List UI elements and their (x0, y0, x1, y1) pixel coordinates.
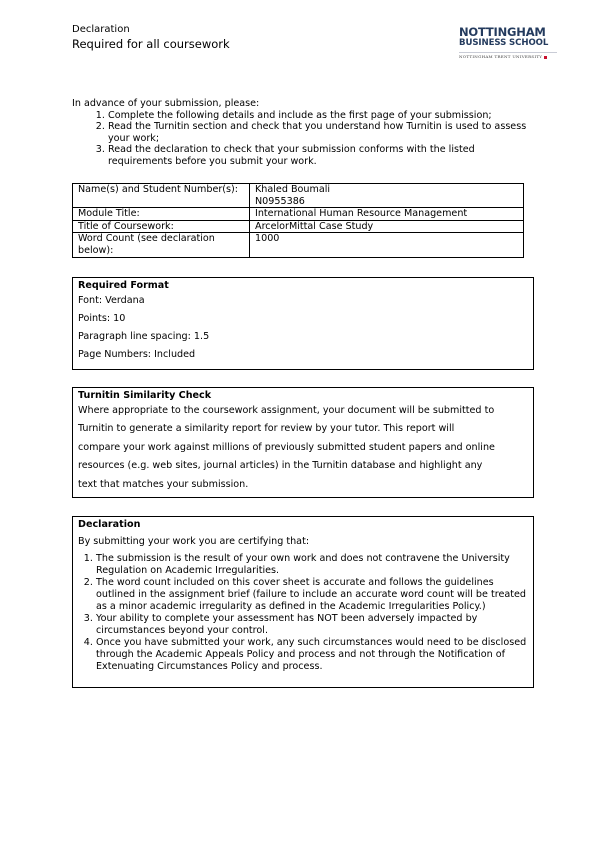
student-number: N0955386 (255, 196, 518, 208)
format-item: Font: Verdana (78, 292, 528, 310)
logo-square-icon (544, 56, 547, 59)
turnitin-box: Turnitin Similarity Check Where appropri… (72, 387, 534, 498)
logo-divider (459, 52, 557, 53)
table-row: Module Title: International Human Resour… (73, 208, 524, 221)
format-item: Paragraph line spacing: 1.5 (78, 328, 528, 346)
declaration-item: The submission is the result of your own… (96, 553, 528, 577)
student-name: Khaled Boumali (255, 184, 518, 196)
details-label: Title of Coursework: (73, 220, 250, 233)
header-label: Declaration (72, 24, 130, 36)
details-table: Name(s) and Student Number(s): Khaled Bo… (72, 183, 524, 258)
turnitin-line: Where appropriate to the coursework assi… (78, 402, 528, 420)
required-format-title: Required Format (78, 279, 528, 292)
declaration-item: Once you have submitted your work, any s… (96, 637, 528, 673)
declaration-title: Declaration (78, 518, 528, 531)
module-title-value: International Human Resource Management (250, 208, 524, 221)
table-row: Name(s) and Student Number(s): Khaled Bo… (73, 184, 524, 208)
logo-line-2: BUSINESS SCHOOL (459, 38, 559, 49)
intro-lead: In advance of your submission, please: (72, 98, 532, 110)
nottingham-business-school-logo: NOTTINGHAM BUSINESS SCHOOL NOTTINGHAM TR… (459, 26, 559, 60)
declaration-items: The submission is the result of your own… (78, 553, 528, 673)
turnitin-line: text that matches your submission. (78, 476, 528, 494)
logo-line-3: NOTTINGHAM TRENT UNIVERSITY (459, 54, 559, 60)
details-label: Name(s) and Student Number(s): (73, 184, 250, 208)
turnitin-line: compare your work against millions of pr… (78, 439, 528, 457)
logo-line-1: NOTTINGHAM (459, 26, 559, 38)
coursework-title-value: ArcelorMittal Case Study (250, 220, 524, 233)
format-item: Points: 10 (78, 310, 528, 328)
declaration-item: Your ability to complete your assessment… (96, 613, 528, 637)
word-count-value: 1000 (250, 233, 524, 257)
header-subtitle: Required for all coursework (72, 37, 230, 51)
intro-section: In advance of your submission, please: C… (72, 98, 532, 168)
logo-university-name: NOTTINGHAM TRENT UNIVERSITY (459, 54, 542, 59)
required-format-box: Required Format Font: Verdana Points: 10… (72, 277, 534, 370)
intro-steps: Complete the following details and inclu… (72, 110, 532, 168)
format-item: Page Numbers: Included (78, 346, 528, 364)
declaration-lead: By submitting your work you are certifyi… (78, 536, 528, 548)
details-label: Word Count (see declaration below): (73, 233, 250, 257)
table-row: Title of Coursework: ArcelorMittal Case … (73, 220, 524, 233)
turnitin-line: resources (e.g. web sites, journal artic… (78, 457, 528, 475)
turnitin-line: Turnitin to generate a similarity report… (78, 420, 528, 438)
intro-step: Complete the following details and inclu… (108, 110, 532, 122)
intro-step: Read the Turnitin section and check that… (108, 121, 532, 144)
details-label: Module Title: (73, 208, 250, 221)
details-value: Khaled Boumali N0955386 (250, 184, 524, 208)
table-row: Word Count (see declaration below): 1000 (73, 233, 524, 257)
intro-step: Read the declaration to check that your … (108, 144, 532, 167)
declaration-box: Declaration By submitting your work you … (72, 516, 534, 688)
declaration-item: The word count included on this cover sh… (96, 577, 528, 613)
turnitin-title: Turnitin Similarity Check (78, 389, 528, 402)
